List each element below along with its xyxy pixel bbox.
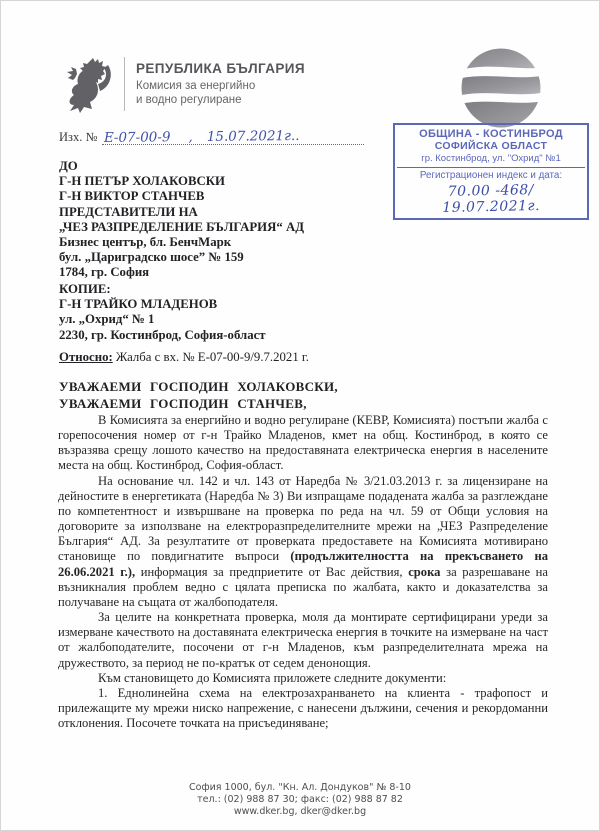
commission-name: Комисия за енергийно и водно регулиране xyxy=(136,79,305,107)
recipient-line: бул. „Цариградско шосе” № 159 xyxy=(59,250,304,265)
text-run: информация за предприетите от Вас действ… xyxy=(135,565,408,579)
body-paragraph: Към становището до Комисията приложете с… xyxy=(58,671,548,686)
subject-text: Жалба с вх. № Е-07-00-9/9.7.2021 г. xyxy=(113,350,309,364)
recipient-line: ПРЕДСТАВИТЕЛИ НА xyxy=(59,205,304,220)
handwritten-ref: Е-07-00-9,15.07.2021г.. xyxy=(104,128,300,146)
outgoing-number-label: Изх. № xyxy=(59,130,97,144)
footer-line: www.dker.bg, dker@dker.bg xyxy=(1,806,599,818)
text-run: Към становището до Комисията приложете с… xyxy=(98,671,446,685)
body-paragraph: 1. Еднолинейна схема на електрозахранван… xyxy=(58,686,548,731)
header-text: РЕПУБЛИКА БЪЛГАРИЯ Комисия за енергийно … xyxy=(136,61,305,107)
stamp-address: гр. Костинброд, ул. "Охрид" №1 xyxy=(397,153,585,164)
header-divider xyxy=(124,57,125,111)
stamp-region: СОФИЙСКА ОБЛАСТ xyxy=(397,140,585,152)
body-paragraph: На основание чл. 142 и чл. 143 от Наредб… xyxy=(58,474,548,610)
recipient-line: Г-Н ПЕТЪР ХОЛАКОВСКИ xyxy=(59,174,304,189)
subject-line: Относно: Жалба с вх. № Е-07-00-9/9.7.202… xyxy=(59,350,309,365)
emphasis-text: срока xyxy=(408,565,440,579)
municipality-registration-stamp: ОБЩИНА - КОСТИНБРОД СОФИЙСКА ОБЛАСТ гр. … xyxy=(393,123,589,220)
text-run: За целите на конкретната проверка, моля … xyxy=(58,610,548,669)
stamp-municipality: ОБЩИНА - КОСТИНБРОД xyxy=(397,128,585,140)
text-run: В Комисията за енергийно и водно регулир… xyxy=(58,413,548,472)
footer-line: тел.: (02) 988 87 30; факс: (02) 988 87 … xyxy=(1,794,599,806)
handwritten-date: 15.07.2021г.. xyxy=(207,128,300,145)
bulgarian-lion-coat-of-arms-icon xyxy=(59,53,113,115)
recipient-line: ДО xyxy=(59,159,304,174)
letter-body: В Комисията за енергийно и водно регулир… xyxy=(58,413,548,731)
copy-line: Г-Н ТРАЙКО МЛАДЕНОВ xyxy=(59,297,266,312)
footer-line: София 1000, бул. "Кн. Ал. Дондуков" № 8-… xyxy=(1,782,599,794)
salutation-line: УВАЖАЕМИ ГОСПОДИН СТАНЧЕВ, xyxy=(59,396,338,413)
recipient-line: 1784, гр. София xyxy=(59,265,304,280)
republic-title: РЕПУБЛИКА БЪЛГАРИЯ xyxy=(136,61,305,76)
salutation-block: УВАЖАЕМИ ГОСПОДИН ХОЛАКОВСКИ,УВАЖАЕМИ ГО… xyxy=(59,379,338,412)
commission-name-line1: Комисия за енергийно xyxy=(136,79,305,93)
letter-page: РЕПУБЛИКА БЪЛГАРИЯ Комисия за енергийно … xyxy=(0,0,600,831)
stamp-handwritten-index: 70.00 -468/ 19.07.2021г. xyxy=(397,181,586,217)
dotted-fill-line: Е-07-00-9,15.07.2021г.. xyxy=(102,127,364,145)
handwritten-number: Е-07-00-9 xyxy=(104,129,171,146)
recipient-line: Бизнес център, бл. БенчМарк xyxy=(59,235,304,250)
footer-contact-block: София 1000, бул. "Кн. Ал. Дондуков" № 8-… xyxy=(1,782,599,817)
copy-line: 2230, гр. Костинброд, София-област xyxy=(59,328,266,343)
salutation-line: УВАЖАЕМИ ГОСПОДИН ХОЛАКОВСКИ, xyxy=(59,379,338,396)
recipient-line: „ЧЕЗ РАЗПРЕДЕЛЕНИЕ БЪЛГАРИЯ“ АД xyxy=(59,220,304,235)
subject-label: Относно: xyxy=(59,350,113,364)
copy-line: КОПИЕ: xyxy=(59,282,266,297)
recipient-block: ДОГ-Н ПЕТЪР ХОЛАКОВСКИГ-Н ВИКТОР СТАНЧЕВ… xyxy=(59,159,304,281)
commission-name-line2: и водно регулиране xyxy=(136,93,305,107)
body-paragraph: За целите на конкретната проверка, моля … xyxy=(58,610,548,671)
copy-line: ул. „Охрид“ № 1 xyxy=(59,312,266,327)
body-paragraph: В Комисията за енергийно и водно регулир… xyxy=(58,413,548,474)
copy-recipient-block: КОПИЕ:Г-Н ТРАЙКО МЛАДЕНОВул. „Охрид“ № 1… xyxy=(59,282,266,343)
cez-globe-logo-icon xyxy=(453,45,549,131)
text-run: 1. Еднолинейна схема на електрозахранван… xyxy=(58,686,548,730)
recipient-line: Г-Н ВИКТОР СТАНЧЕВ xyxy=(59,189,304,204)
stamp-index-label: Регистрационен индекс и дата: xyxy=(397,167,585,181)
handwritten-separator: , xyxy=(171,129,207,145)
outgoing-number-line: Изх. №Е-07-00-9,15.07.2021г.. xyxy=(59,127,364,145)
letterhead: РЕПУБЛИКА БЪЛГАРИЯ Комисия за енергийно … xyxy=(59,53,305,115)
